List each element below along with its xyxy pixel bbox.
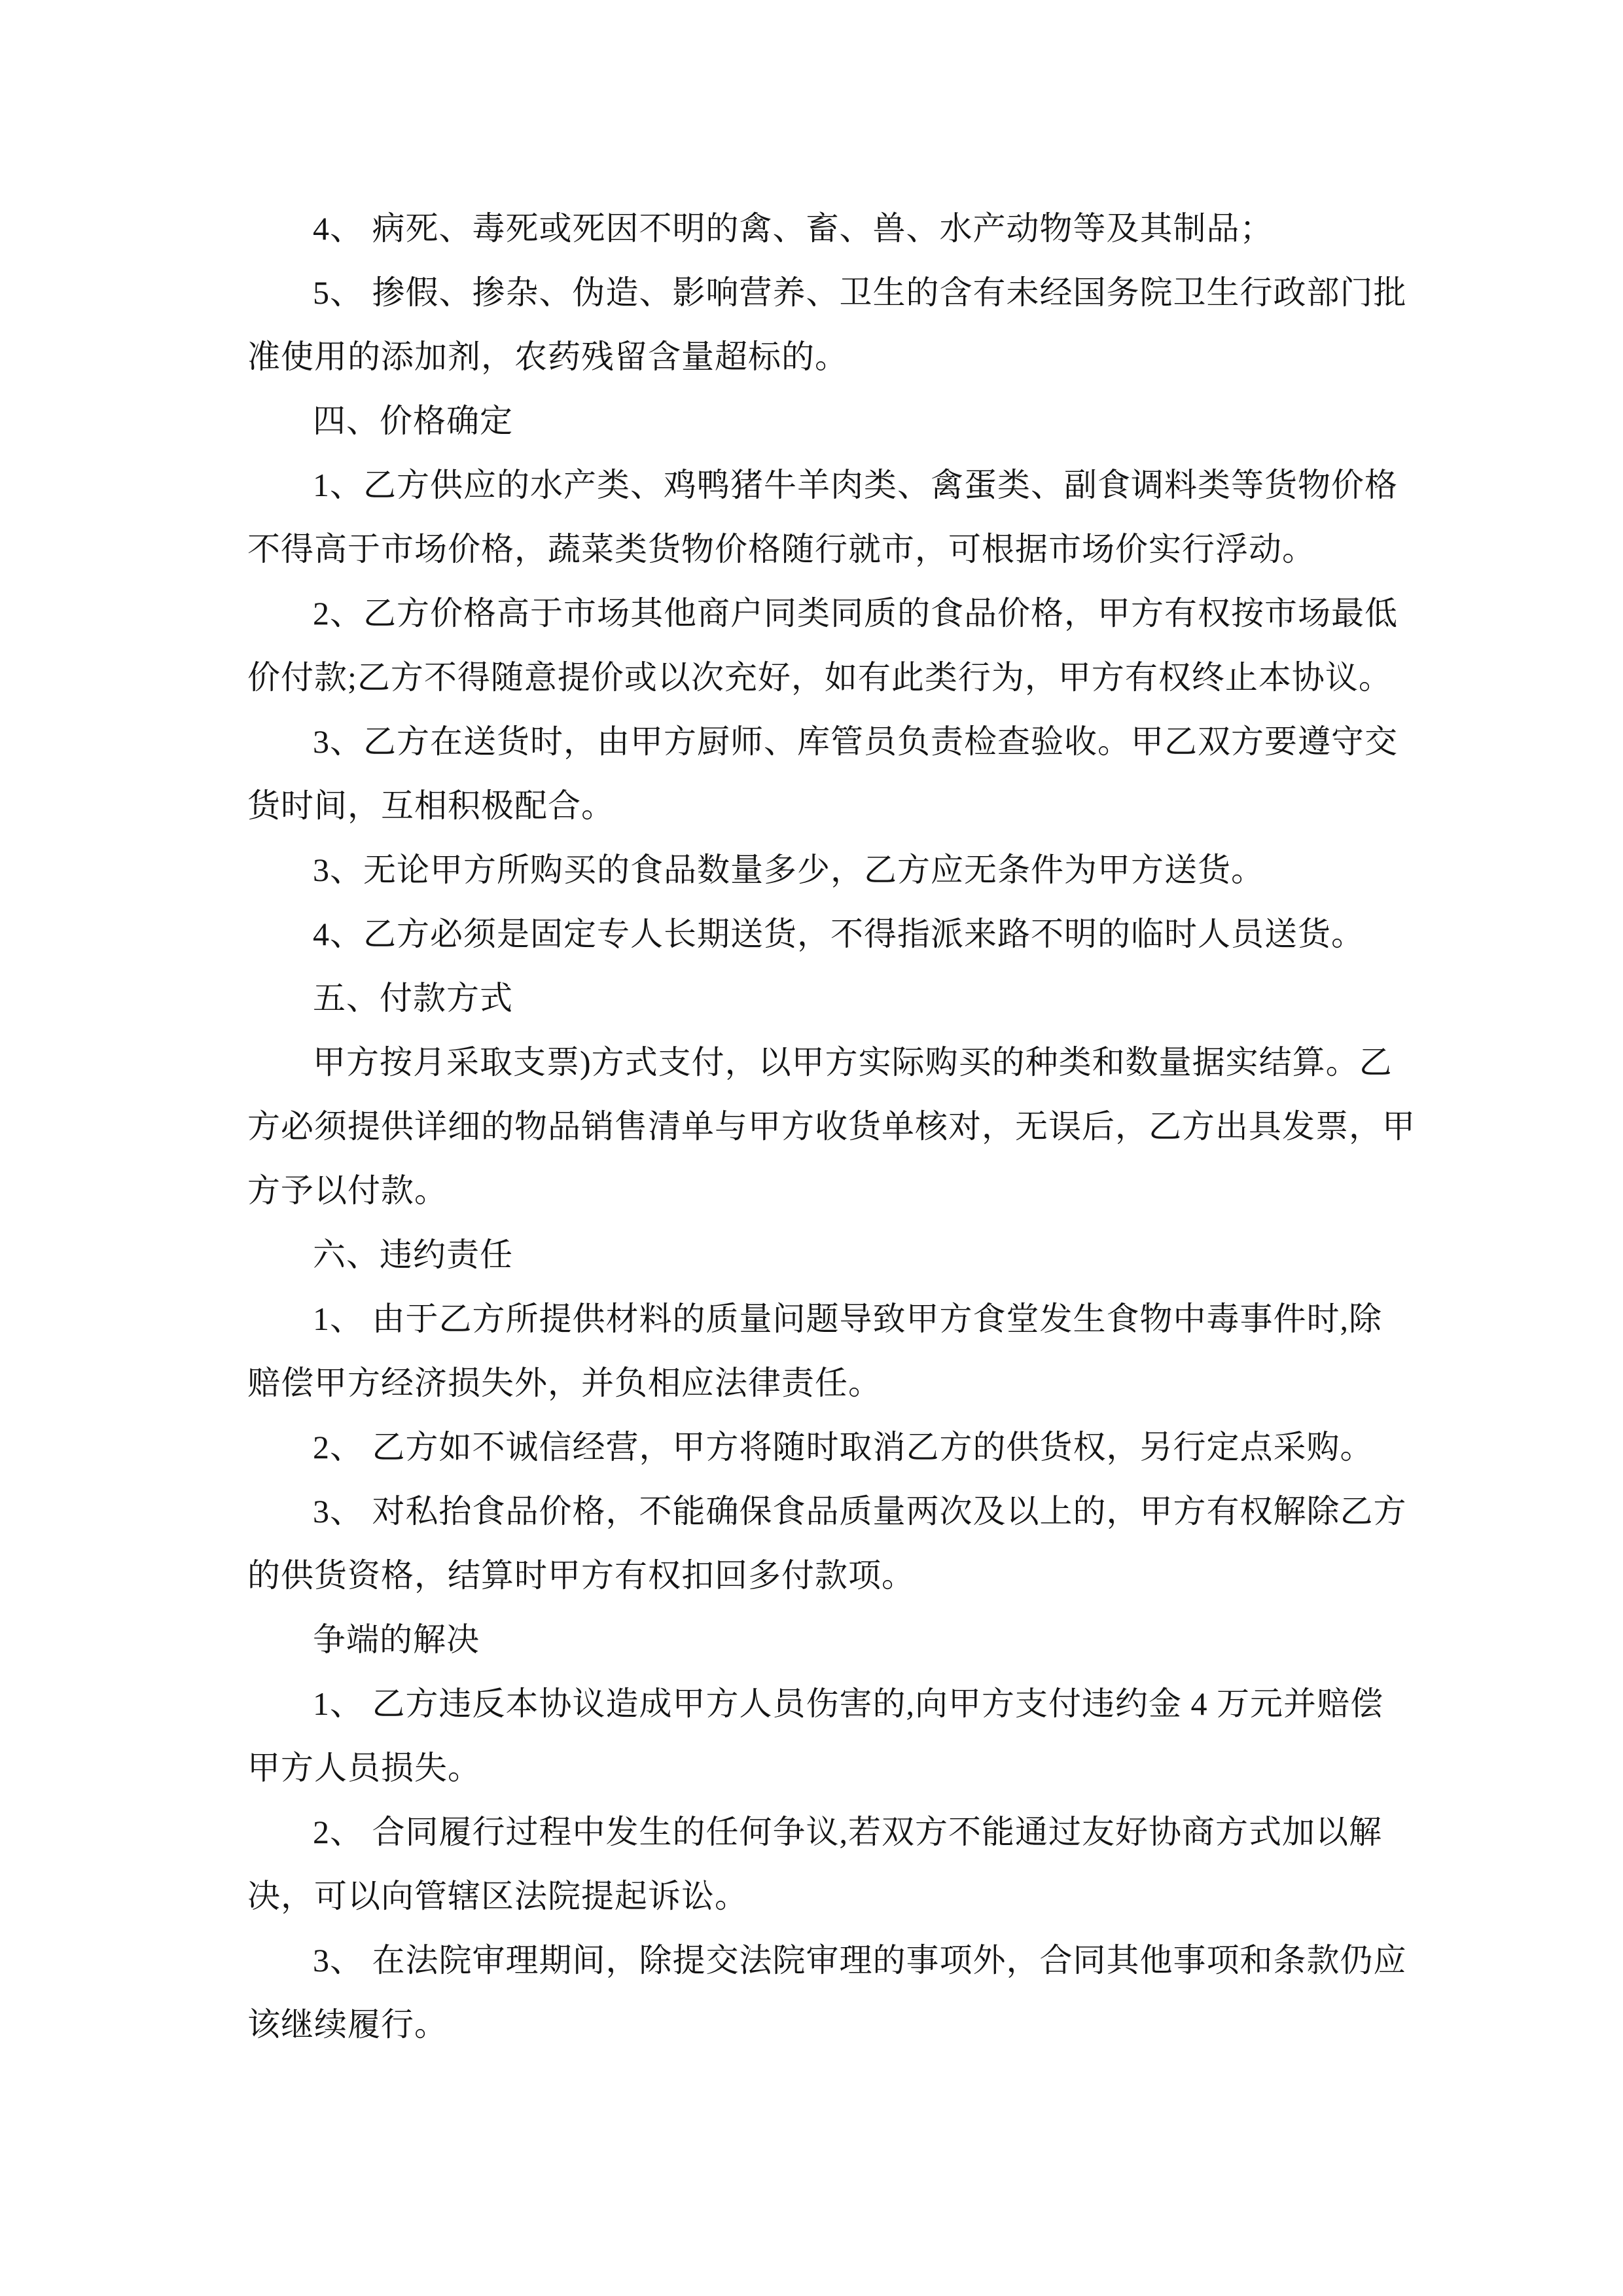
- text-line: 该继续履行。: [247, 1992, 1380, 2056]
- text-line: 六、违约责任: [247, 1223, 1380, 1287]
- text-line: 价付款;乙方不得随意提价或以次充好，如有此类行为，甲方有权终止本协议。: [247, 645, 1380, 709]
- text-line: 3、乙方在送货时，由甲方厨师、库管员负责检查验收。甲乙双方要遵守交: [247, 709, 1380, 774]
- text-line: 3、无论甲方所购买的食品数量多少，乙方应无条件为甲方送货。: [247, 838, 1380, 902]
- text-line: 1、 由于乙方所提供材料的质量问题导致甲方食堂发生食物中毒事件时,除: [247, 1287, 1380, 1351]
- text-line: 4、 病死、毒死或死因不明的禽、畜、兽、水产动物等及其制品；: [247, 196, 1380, 260]
- text-line: 2、 合同履行过程中发生的任何争议,若双方不能通过友好协商方式加以解: [247, 1800, 1380, 1864]
- text-line: 的供货资格，结算时甲方有权扣回多付款项。: [247, 1543, 1380, 1607]
- text-line: 5、 掺假、掺杂、伪造、影响营养、卫生的含有未经国务院卫生行政部门批: [247, 260, 1380, 325]
- text-line: 赔偿甲方经济损失外，并负相应法律责任。: [247, 1351, 1380, 1415]
- text-line: 争端的解决: [247, 1607, 1380, 1672]
- text-line: 2、乙方价格高于市场其他商户同类同质的食品价格，甲方有权按市场最低: [247, 581, 1380, 645]
- text-line: 准使用的添加剂，农药残留含量超标的。: [247, 325, 1380, 389]
- text-line: 甲方按月采取支票)方式支付，以甲方实际购买的种类和数量据实结算。乙: [247, 1030, 1380, 1094]
- text-line: 四、价格确定: [247, 389, 1380, 453]
- text-line: 不得高于市场价格，蔬菜类货物价格随行就市，可根据市场价实行浮动。: [247, 517, 1380, 581]
- text-line: 2、 乙方如不诚信经营，甲方将随时取消乙方的供货权，另行定点采购。: [247, 1415, 1380, 1479]
- text-line: 1、乙方供应的水产类、鸡鸭猪牛羊肉类、禽蛋类、副食调料类等货物价格: [247, 453, 1380, 517]
- text-line: 五、付款方式: [247, 966, 1380, 1030]
- text-line: 4、乙方必须是固定专人长期送货，不得指派来路不明的临时人员送货。: [247, 902, 1380, 966]
- document-page: 4、 病死、毒死或死因不明的禽、畜、兽、水产动物等及其制品；5、 掺假、掺杂、伪…: [0, 0, 1623, 2296]
- text-line: 决，可以向管辖区法院提起诉讼。: [247, 1864, 1380, 1928]
- text-line: 3、 对私抬食品价格，不能确保食品质量两次及以上的，甲方有权解除乙方: [247, 1479, 1380, 1543]
- document-body: 4、 病死、毒死或死因不明的禽、畜、兽、水产动物等及其制品；5、 掺假、掺杂、伪…: [247, 196, 1380, 2056]
- text-line: 方必须提供详细的物品销售清单与甲方收货单核对，无误后，乙方出具发票，甲: [247, 1094, 1380, 1158]
- text-line: 方予以付款。: [247, 1158, 1380, 1223]
- text-line: 甲方人员损失。: [247, 1736, 1380, 1800]
- text-line: 1、 乙方违反本协议造成甲方人员伤害的,向甲方支付违约金 4 万元并赔偿: [247, 1672, 1380, 1736]
- text-line: 3、 在法院审理期间，除提交法院审理的事项外，合同其他事项和条款仍应: [247, 1928, 1380, 1992]
- text-line: 货时间，互相积极配合。: [247, 774, 1380, 838]
